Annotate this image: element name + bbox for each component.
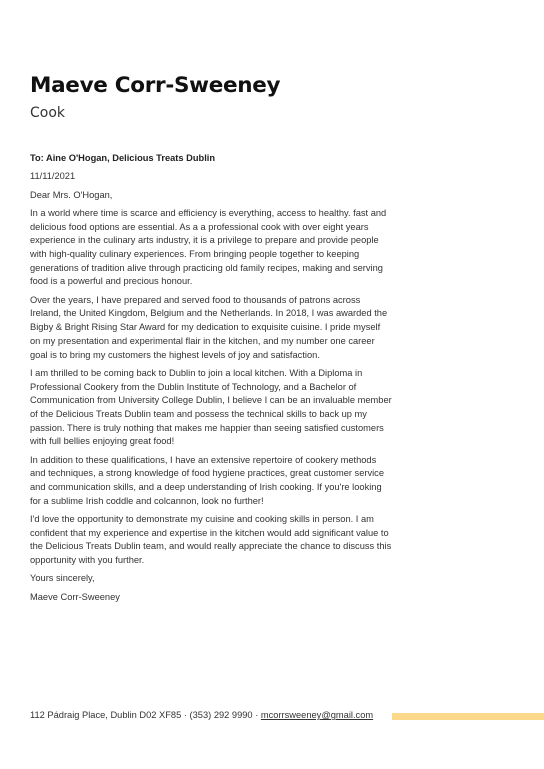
recipient-line: To: Aine O'Hogan, Delicious Treats Dubli… (30, 152, 392, 166)
address: 112 Pádraig Place, Dublin D02 XF85 (30, 710, 181, 720)
separator: · (253, 710, 261, 720)
phone: (353) 292 9990 (190, 710, 253, 720)
closing-phrase: Yours sincerely, (30, 572, 392, 586)
signature: Maeve Corr-Sweeney (30, 591, 392, 605)
email-link[interactable]: mcorrsweeney@gmail.com (261, 710, 373, 720)
paragraph-intro: In a world where time is scarce and effi… (30, 207, 392, 289)
letter-date: 11/11/2021 (30, 170, 392, 184)
salutation: Dear Mrs. O'Hogan, (30, 189, 392, 203)
paragraph-skills: In addition to these qualifications, I h… (30, 454, 392, 509)
accent-bar (392, 713, 544, 720)
job-title: Cook (30, 105, 65, 121)
paragraph-experience: Over the years, I have prepared and serv… (30, 294, 392, 363)
separator: · (181, 710, 189, 720)
applicant-name: Maeve Corr-Sweeney (30, 73, 280, 98)
letter-body: To: Aine O'Hogan, Delicious Treats Dubli… (30, 152, 392, 609)
paragraph-education: I am thrilled to be coming back to Dubli… (30, 367, 392, 449)
paragraph-closing: I'd love the opportunity to demonstrate … (30, 513, 392, 568)
contact-footer: 112 Pádraig Place, Dublin D02 XF85 · (35… (30, 710, 373, 720)
